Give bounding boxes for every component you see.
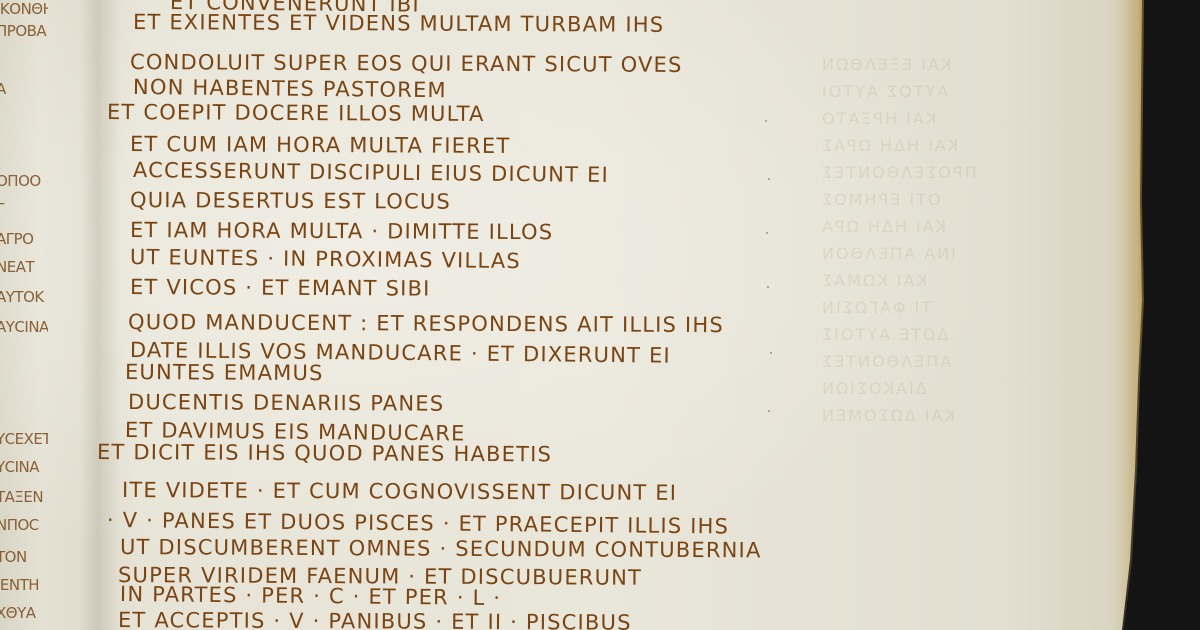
show-through-line: ΚΑΙ ΗΡΞΑΤΟ	[820, 109, 936, 128]
show-through-line: ΚΑΙ ΗΔΗ ΩΡΑΣ	[820, 136, 958, 155]
greek-text-fragment: ΝΕΑΤ	[0, 258, 34, 276]
manuscript-line: ET CUM IAM HORA MULTA FIERET	[130, 132, 511, 158]
greek-text-fragment: ΑΥCΙΝΑ	[0, 318, 48, 336]
greek-text-fragment: ΠΡΟΒΑ	[0, 22, 46, 40]
manuscript-line: ET DICIT EIS IHS QUOD PANES HABETIS	[97, 440, 552, 466]
gutter-shadow	[80, 0, 120, 630]
ruling-prick	[765, 120, 767, 122]
manuscript-line: ITE VIDETE · ET CUM COGNOVISSENT DICUNT …	[122, 478, 677, 505]
ruling-prick	[770, 352, 772, 354]
manuscript-line: UT DISCUMBERENT OMNES · SECUNDUM CONTUBE…	[120, 535, 762, 562]
ruling-prick	[768, 410, 770, 412]
manuscript-line: NON HABENTES PASTOREM	[133, 75, 447, 102]
manuscript-line: QUOD MANDUCENT : ET RESPONDENS AIT ILLIS…	[128, 310, 724, 337]
show-through-line: ΤΙ ΦΑΓΩΣΙΝ	[820, 298, 931, 317]
manuscript-line: CONDOLUIT SUPER EOS QUI ERANT SICUT OVES	[130, 50, 683, 77]
greek-text-fragment: ΤΑΞΕΝ	[0, 488, 43, 506]
greek-text-fragment: ΙΕΝΤΗ	[0, 576, 39, 594]
greek-text-fragment: ΑΓΡΟ	[0, 230, 33, 248]
greek-text-fragment: ΧΘΥΑ	[0, 604, 36, 622]
manuscript-line: ACCESSERUNT DISCIPULI EIUS DICUNT EI	[133, 158, 609, 187]
manuscript-line: EUNTES EMAMUS	[125, 360, 324, 385]
show-through-text: ΚΑΙ ΕΞΕΛΘΩΝΑΥΤΟΣ ΑΥΤΟΙΚΑΙ ΗΡΞΑΤΟΚΑΙ ΗΔΗ …	[820, 55, 1120, 505]
greek-text-fragment: ΙΚΟΝΘΗ	[0, 0, 48, 18]
ruling-prick	[766, 232, 768, 234]
manuscript-photo: ΙΚΟΝΘΗΠΡΟΒΑΑΟΠΟΟΓΑΓΡΟΝΕΑΤΑΥΤΟΚΑΥCΙΝΑΥCΕΧ…	[0, 0, 1200, 630]
show-through-line: ΚΑΙ ΗΔΗ ΩΡΑ	[820, 217, 946, 236]
manuscript-line: QUIA DESERTUS EST LOCUS	[130, 188, 451, 214]
show-through-line: ΔΟΤΕ ΑΥΤΟΙΣ	[820, 325, 948, 344]
facing-page-greek-text: ΙΚΟΝΘΗΠΡΟΒΑΑΟΠΟΟΓΑΓΡΟΝΕΑΤΑΥΤΟΚΑΥCΙΝΑΥCΕΧ…	[0, 0, 48, 630]
manuscript-line: ET COEPIT DOCERE ILLOS MULTA	[107, 100, 485, 126]
show-through-line: ΚΑΙ ΚΩΜΑΣ	[820, 271, 927, 290]
ruling-prick	[767, 286, 769, 288]
show-through-line: ΟΤΙ ΕΡΗΜΟΣ	[820, 190, 940, 209]
show-through-line: ΑΥΤΟΣ ΑΥΤΟΙ	[820, 82, 948, 101]
manuscript-line: IN PARTES · PER · C · ET PER · L ·	[120, 582, 501, 610]
greek-text-fragment: Α	[0, 80, 6, 98]
manuscript-line: ET EXIENTES ET VIDENS MULTAM TURBAM IHS	[133, 10, 664, 37]
manuscript-line: DUCENTIS DENARIIS PANES	[128, 390, 444, 416]
manuscript-line: ET ACCEPTIS · V · PANIBUS · ET II · PISC…	[118, 608, 632, 630]
greek-text-fragment: ΑΥΤΟΚ	[0, 288, 44, 306]
show-through-line: ΔΙΑΚΟΣΙΩΝ	[820, 379, 927, 398]
show-through-line: ΚΑΙ ΕΞΕΛΘΩΝ	[820, 55, 951, 74]
show-through-line: ΑΠΕΛΘΟΝΤΕΣ	[820, 352, 951, 371]
manuscript-line: ET VICOS · ET EMANT SIBI	[130, 275, 431, 301]
manuscript-line: UT EUNTES · IN PROXIMAS VILLAS	[130, 245, 521, 273]
greek-text-fragment: ΟΠΟΟ	[0, 172, 41, 190]
ruling-prick	[768, 178, 770, 180]
greek-text-fragment: ΤΟΝ	[0, 548, 27, 566]
greek-text-fragment: Γ	[0, 200, 4, 218]
manuscript-line: ET IAM HORA MULTA · DIMITTE ILLOS	[130, 218, 553, 244]
greek-text-fragment: ΥCΙΝΑ	[0, 458, 39, 476]
show-through-line: ΠΡΟΣΕΛΘΟΝΤΕΣ	[820, 163, 977, 182]
greek-text-fragment: ΝΠΟC	[0, 516, 39, 534]
show-through-line: ΚΑΙ ΔΩΣΟΜΕΝ	[820, 406, 955, 425]
show-through-line: ΙΝΑ ΑΠΕΛΘΟΝ	[820, 244, 956, 263]
greek-text-fragment: ΥCΕΧΕΤ	[0, 430, 48, 448]
